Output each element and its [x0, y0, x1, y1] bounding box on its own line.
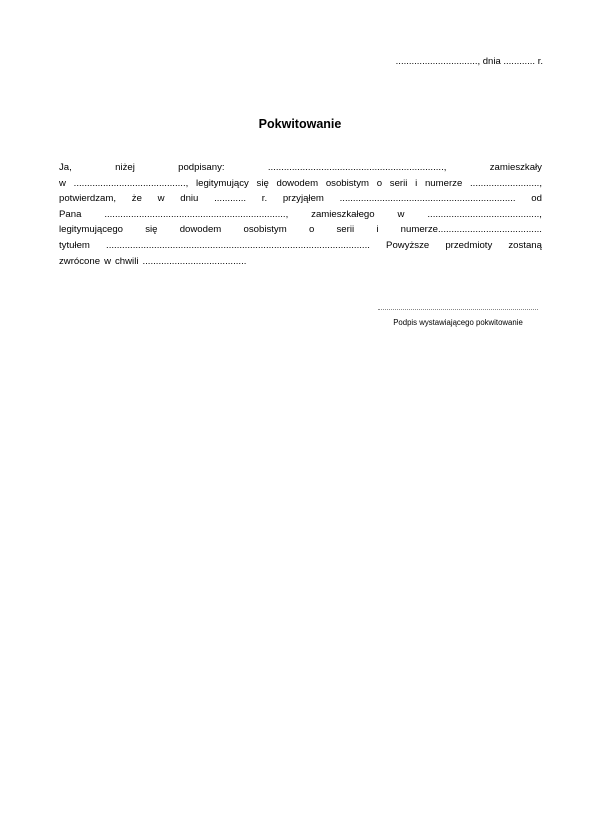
- body-word: w: [59, 176, 66, 192]
- body-line: tytułem.................................…: [59, 238, 542, 254]
- date-field[interactable]: ............: [503, 56, 535, 67]
- signature-label: Podpis wystawiającego pokwitowanie: [378, 318, 538, 327]
- body-word: podpisany:: [178, 160, 224, 176]
- body-line: Pana....................................…: [59, 207, 542, 223]
- year-suffix: r.: [538, 56, 543, 67]
- body-word: serii: [337, 222, 355, 238]
- place-date-line: ..............................., dnia ..…: [396, 56, 543, 67]
- body-word: się: [257, 176, 269, 192]
- body-word: niżej: [115, 160, 135, 176]
- body-word: tytułem: [59, 238, 90, 254]
- body-word: przedmioty: [445, 238, 492, 254]
- fill-in-field[interactable]: ............: [214, 191, 246, 207]
- body-word: o: [309, 222, 314, 238]
- body-word: legitymującego: [59, 222, 123, 238]
- body-line: w.......................................…: [59, 176, 542, 192]
- body-word: w: [398, 207, 405, 223]
- body-word: zwrócone: [59, 254, 100, 270]
- body-word: o: [377, 176, 382, 192]
- body-word: dowodem: [180, 222, 222, 238]
- body-word: że: [132, 191, 142, 207]
- body-line: Ja,niżejpodpisany:......................…: [59, 160, 542, 176]
- body-word: się: [145, 222, 157, 238]
- body-word: r.: [262, 191, 267, 207]
- fill-in-field[interactable]: numerze.................................…: [401, 222, 542, 238]
- place-field[interactable]: ...............................: [396, 56, 478, 67]
- body-line: zwróconewchwili.........................…: [59, 254, 542, 270]
- body-word: zamieszkały: [490, 160, 542, 176]
- body-word: zostaną: [508, 238, 542, 254]
- body-word: Pana: [59, 207, 81, 223]
- body-word: Ja,: [59, 160, 72, 176]
- fill-in-field[interactable]: ........................................…: [268, 160, 447, 176]
- body-line: potwierdzam,żewdniu............r.przyjął…: [59, 191, 542, 207]
- fill-in-field[interactable]: .......................................: [142, 254, 246, 270]
- body-word: legitymujący: [196, 176, 249, 192]
- body-word: zamieszkałego: [311, 207, 374, 223]
- body-word: przyjąłem: [283, 191, 324, 207]
- body-word: osobistym: [244, 222, 287, 238]
- fill-in-field[interactable]: ........................................…: [106, 238, 370, 254]
- signature-line[interactable]: [378, 309, 538, 310]
- body-word: w: [104, 254, 111, 270]
- body-word: serii: [390, 176, 408, 192]
- fill-in-field[interactable]: ........................................…: [427, 207, 542, 223]
- fill-in-field[interactable]: ..........................,: [470, 176, 542, 192]
- body-word: potwierdzam,: [59, 191, 116, 207]
- body-word: chwili: [115, 254, 138, 270]
- body-word: osobistym: [326, 176, 369, 192]
- body-word: od: [531, 191, 542, 207]
- body-line: legitymującegosiędowodemosobistymoseriii…: [59, 222, 542, 238]
- fill-in-field[interactable]: ........................................…: [104, 207, 288, 223]
- body-word: i: [415, 176, 417, 192]
- fill-in-field[interactable]: ........................................…: [74, 176, 189, 192]
- body-word: numerze: [425, 176, 462, 192]
- body-word: dniu: [180, 191, 198, 207]
- fill-in-field[interactable]: ........................................…: [340, 191, 516, 207]
- date-label: , dnia: [478, 56, 501, 67]
- body-word: Powyższe: [386, 238, 429, 254]
- body-word: w: [158, 191, 165, 207]
- document-title: Pokwitowanie: [0, 117, 600, 131]
- receipt-body: Ja,niżejpodpisany:......................…: [59, 160, 542, 269]
- body-word: dowodem: [277, 176, 319, 192]
- body-word: i: [376, 222, 378, 238]
